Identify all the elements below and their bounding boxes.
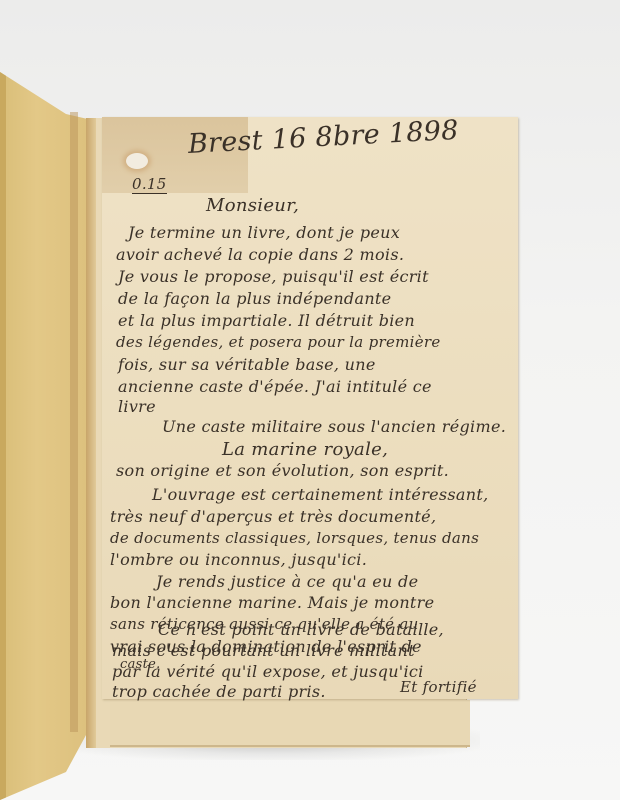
letter-line: fois, sur sa véritable base, une — [118, 355, 376, 374]
letter-line: L'ouvrage est certainement intéressant, — [152, 485, 489, 504]
letter-line: Je termine un livre, dont je peux — [128, 223, 400, 242]
letter-line: Je vous le propose, puisqu'il est écrit — [118, 267, 429, 286]
book-left-page — [0, 72, 92, 800]
letter-line: Une caste militaire sous l'ancien régime… — [162, 417, 506, 436]
letter-line: Ce n'est point un livre de bataille, — [158, 620, 444, 639]
letter-line: bon l'ancienne marine. Mais je montre — [110, 593, 434, 612]
letter-line: des légendes, et posera pour la première — [116, 333, 441, 351]
handwritten-letter: Brest 16 8bre 1898 0.15 Monsieur, Je ter… — [102, 117, 518, 699]
letter-line: trop cachée de parti pris. — [112, 682, 326, 701]
letter-line: de la façon la plus indépendante — [118, 289, 391, 308]
book-page-stack — [110, 700, 470, 747]
letter-line: par la vérité qu'il expose, et jusqu'ici — [112, 662, 424, 681]
letter-line: de documents classiques, lorsques, tenus… — [110, 529, 479, 547]
letter-line: livre — [118, 397, 156, 416]
book-board-edge — [70, 112, 78, 732]
letter-line: très neuf d'aperçus et très documenté, — [110, 507, 436, 526]
letter-line: La marine royale, — [222, 439, 388, 460]
letter-line: Je rends justice à ce qu'a eu de — [156, 572, 418, 591]
letter-lower-continuation: Ce n'est point un livre de bataille, mai… — [102, 640, 518, 700]
paper-spot — [126, 153, 148, 169]
letter-line: et la plus impartiale. Il détruit bien — [118, 311, 415, 330]
letter-line: Et fortifié — [400, 678, 477, 696]
letter-salutation: Monsieur, — [206, 195, 299, 216]
letter-line: ancienne caste d'épée. J'ai intitulé ce — [118, 377, 432, 396]
letter-annotation: 0.15 — [132, 175, 167, 194]
letter-line: mais c'est pourtant un livre militant — [112, 641, 415, 660]
letter-line: son origine et son évolution, son esprit… — [116, 461, 449, 480]
letter-line: l'ombre ou inconnus, jusqu'ici. — [110, 550, 367, 569]
letter-line: avoir achevé la copie dans 2 mois. — [116, 245, 404, 264]
